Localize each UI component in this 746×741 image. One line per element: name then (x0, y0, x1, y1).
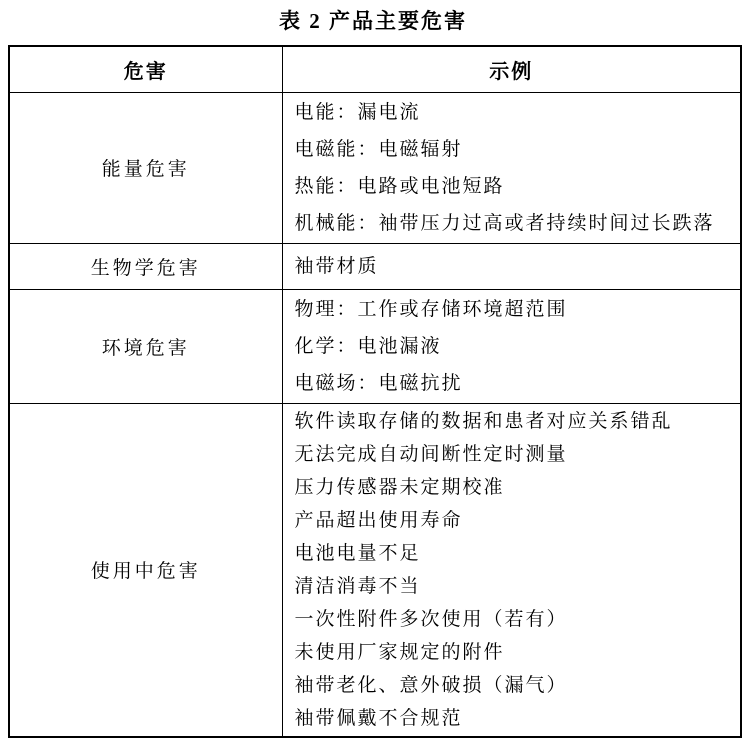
example-line: 产品超出使用寿命 (295, 504, 737, 537)
hazard-label-energy: 能量危害 (9, 92, 282, 243)
table-row-biological-hazard: 生物学危害 袖带材质 (9, 243, 741, 289)
example-line: 清洁消毒不当 (295, 570, 737, 603)
column-header-example: 示例 (282, 46, 741, 92)
table-row-environment-hazard: 环境危害 物理：工作或存储环境超范围 化学：电池漏液 电磁场：电磁抗扰 (9, 289, 741, 403)
example-line: 软件读取存储的数据和患者对应关系错乱 (295, 405, 737, 438)
hazard-examples-energy: 电能：漏电流 电磁能：电磁辐射 热能：电路或电池短路 机械能：袖带压力过高或者持… (282, 92, 741, 243)
example-line: 物理：工作或存储环境超范围 (295, 291, 737, 328)
example-line: 电能：漏电流 (295, 94, 737, 131)
column-header-hazard: 危害 (9, 46, 282, 92)
example-line: 一次性附件多次使用（若有） (295, 603, 737, 636)
example-line: 机械能：袖带压力过高或者持续时间过长跌落 (295, 205, 737, 242)
table-row-energy-hazard: 能量危害 电能：漏电流 电磁能：电磁辐射 热能：电路或电池短路 机械能：袖带压力… (9, 92, 741, 243)
example-line: 袖带老化、意外破损（漏气） (295, 669, 737, 702)
example-line: 袖带佩戴不合规范 (295, 702, 737, 735)
table-caption: 表 2 产品主要危害 (0, 0, 746, 45)
example-line: 无法完成自动间断性定时测量 (295, 438, 737, 471)
example-line: 电磁能：电磁辐射 (295, 131, 737, 168)
example-line: 袖带材质 (295, 248, 737, 285)
hazard-table: 危害 示例 能量危害 电能：漏电流 电磁能：电磁辐射 热能：电路或电池短路 机械… (8, 45, 742, 738)
hazard-label-in-use: 使用中危害 (9, 403, 282, 737)
header-row: 危害 示例 (9, 46, 741, 92)
example-line: 化学：电池漏液 (295, 328, 737, 365)
hazard-label-biological: 生物学危害 (9, 243, 282, 289)
example-line: 未使用厂家规定的附件 (295, 636, 737, 669)
example-line: 电池电量不足 (295, 537, 737, 570)
hazard-examples-environment: 物理：工作或存储环境超范围 化学：电池漏液 电磁场：电磁抗扰 (282, 289, 741, 403)
hazard-examples-in-use: 软件读取存储的数据和患者对应关系错乱 无法完成自动间断性定时测量 压力传感器未定… (282, 403, 741, 737)
hazard-label-environment: 环境危害 (9, 289, 282, 403)
example-line: 电磁场：电磁抗扰 (295, 365, 737, 402)
hazard-examples-biological: 袖带材质 (282, 243, 741, 289)
document-page: 表 2 产品主要危害 危害 示例 能量危害 电能：漏电流 电磁能：电磁辐射 热能… (0, 0, 746, 741)
table-row-in-use-hazard: 使用中危害 软件读取存储的数据和患者对应关系错乱 无法完成自动间断性定时测量 压… (9, 403, 741, 737)
example-line: 压力传感器未定期校准 (295, 471, 737, 504)
example-line: 热能：电路或电池短路 (295, 168, 737, 205)
